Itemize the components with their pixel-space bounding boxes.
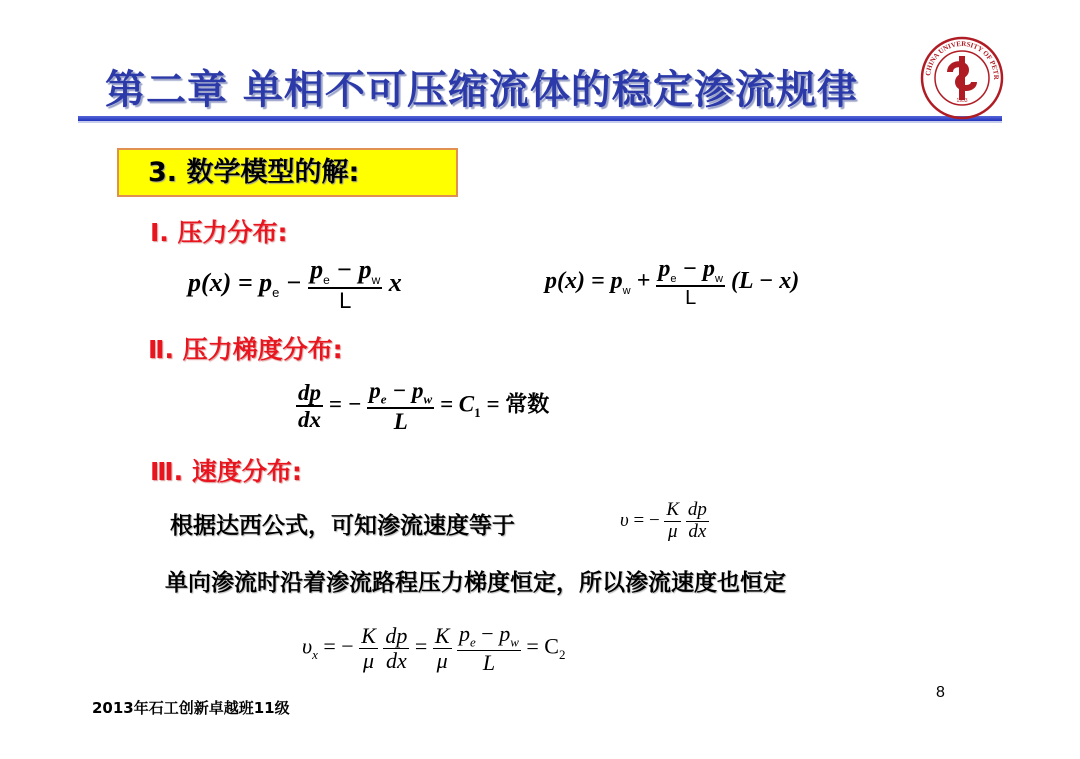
university-logo-icon: CHINA UNIVERSITY OF PETROLEUM 1953 — [920, 36, 1004, 120]
header-rule-shadow — [78, 121, 1002, 123]
formula-pressure-from-outer: p(x) = pe − pe − pw L x — [188, 256, 402, 314]
svg-text:1953: 1953 — [956, 98, 967, 104]
heading-pressure-gradient: Ⅱ. 压力梯度分布: — [148, 335, 343, 365]
conclusion-sentence: 单向渗流时沿着渗流路程压力梯度恒定，所以渗流速度也恒定 — [165, 569, 786, 597]
slide-title: 第二章 单相不可压缩流体的稳定渗流规律 — [105, 66, 858, 114]
formula-pressure-gradient: dpdx = − pe − pw L = C1 = 常数 — [296, 378, 549, 434]
heading-velocity-distribution: Ⅲ. 速度分布: — [150, 457, 302, 487]
darcy-sentence: 根据达西公式，可知渗流速度等于 — [170, 512, 515, 540]
formula-darcy-velocity: υ = − Kμ dpdx — [620, 500, 709, 543]
page-number: 8 — [936, 684, 945, 702]
formula-pressure-from-well: p(x) = pw + pe − pw L (L − x) — [545, 256, 799, 309]
footer-class-label: 2013年石工创新卓越班11级 — [92, 697, 290, 718]
section-title: 3. 数学模型的解: — [148, 157, 359, 189]
heading-pressure-distribution: Ⅰ. 压力分布: — [150, 218, 288, 248]
formula-seepage-velocity: υx = − Kμ dpdx = Kμ pe − pw L = C2 — [302, 622, 565, 675]
